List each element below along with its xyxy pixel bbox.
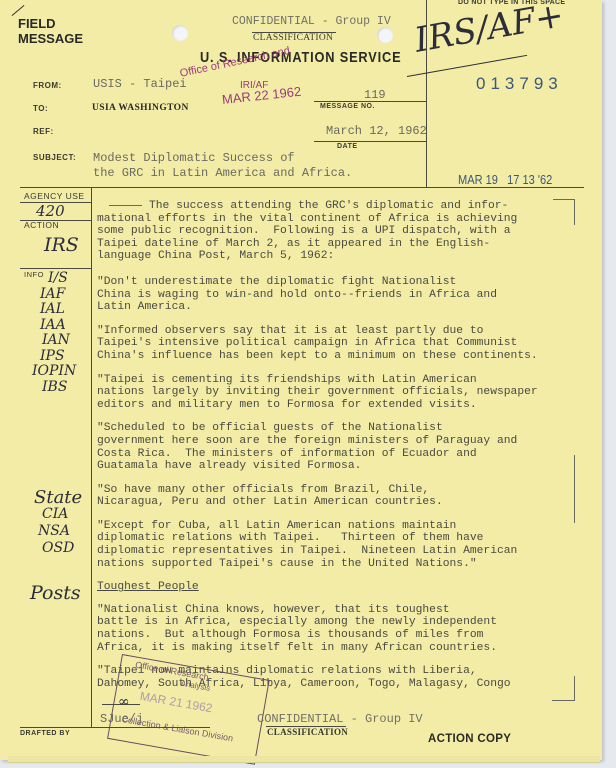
info-routing-list: I/S IAF IAL IAA IAN IPS IOPIN IBS xyxy=(14,271,76,395)
drafted-by-value: SJue/j xyxy=(100,712,143,726)
header-divider xyxy=(20,187,584,188)
received-timestamp: MAR 19 17 13 '62 xyxy=(458,172,552,187)
body-paragraph: "So have many other officials from Brazi… xyxy=(97,484,577,509)
body-paragraph: The success attending the GRC's diplomat… xyxy=(97,200,577,263)
sidebar-divider xyxy=(91,187,92,727)
distribution-item: CIA xyxy=(42,506,82,523)
info-rule xyxy=(20,268,91,269)
distribution-list: State CIA NSA OSD xyxy=(38,489,82,557)
date-label: DATE xyxy=(337,143,358,150)
top-classification: CONFIDENTIAL - Group IV xyxy=(232,15,391,28)
action-copy-label: ACTION COPY xyxy=(428,733,511,745)
info-item: IOPIN xyxy=(14,364,76,380)
bottom-classification: CONFIDENTIAL - Group IV xyxy=(257,712,423,726)
paper-edge xyxy=(8,756,600,763)
distribution-item: State xyxy=(34,489,82,506)
field-message-document: FIELD MESSAGE CONFIDENTIAL - Group IV CL… xyxy=(0,0,602,760)
agency-use-value: 420 xyxy=(36,202,65,220)
subject-line-2: the GRC in Latin America and Africa. xyxy=(93,166,352,180)
distribution-item: OSD xyxy=(42,540,82,557)
body-paragraph: "Don't underestimate the diplomatic figh… xyxy=(97,276,577,314)
info-item: IPS xyxy=(14,349,76,365)
info-item: I/S xyxy=(14,271,76,287)
to-label: TO: xyxy=(33,104,48,113)
drafted-by-rule xyxy=(20,727,210,728)
message-number: 119 xyxy=(364,88,386,102)
subject-line-1: Modest Diplomatic Success of xyxy=(93,151,295,165)
form-title: FIELD MESSAGE xyxy=(18,16,83,46)
date-value: March 12, 1962 xyxy=(326,124,427,138)
info-item: IAN xyxy=(14,333,76,349)
body-paragraph: "Informed observers say that it is at le… xyxy=(97,325,577,363)
from-label: FROM: xyxy=(33,81,62,90)
date-rule xyxy=(314,141,426,142)
info-item: IAF xyxy=(14,287,76,303)
punch-hole-left xyxy=(172,25,188,41)
action-label: ACTION xyxy=(24,220,59,230)
office-research-date: MAR 22 1962 xyxy=(221,84,302,107)
body-paragraph: "Taipei is cementing its friendships wit… xyxy=(97,374,577,412)
body-paragraph: "Scheduled to be official guests of the … xyxy=(97,422,577,472)
drafted-by-label: DRAFTED BY xyxy=(20,730,70,737)
control-number: 013793 xyxy=(476,74,563,94)
from-value: USIS - Taipei xyxy=(93,77,187,91)
message-body: The success attending the GRC's diplomat… xyxy=(97,200,577,701)
message-no-label: MESSAGE NO. xyxy=(320,103,375,110)
distribution-item: NSA xyxy=(38,523,82,540)
top-classification-label: CLASSIFICATION xyxy=(253,33,333,43)
handwritten-routing: IRS/AF+ xyxy=(412,0,567,61)
do-not-type-box-lower xyxy=(426,100,427,188)
subject-label: SUBJECT: xyxy=(33,153,76,162)
posts-note: Posts xyxy=(30,582,81,604)
drafter-initials-mark: ∞ xyxy=(118,694,130,710)
pencil-mark xyxy=(12,5,25,16)
body-paragraph: "Except for Cuba, all Latin American nat… xyxy=(97,520,577,570)
section-heading: Toughest People xyxy=(97,581,577,594)
info-item: IAL xyxy=(14,302,76,318)
bottom-classification-label: CLASSIFICATION xyxy=(267,727,348,737)
punch-hole-right xyxy=(377,27,393,43)
info-item: IBS xyxy=(14,380,76,396)
ref-label: REF: xyxy=(33,127,54,136)
body-paragraph: "Nationalist China knows, however, that … xyxy=(97,604,577,654)
info-item: IAA xyxy=(14,318,76,334)
to-value: USIA WASHINGTON xyxy=(92,103,189,113)
message-no-rule xyxy=(314,101,426,102)
action-value: IRS xyxy=(44,234,79,256)
agency-use-label: AGENCY USE xyxy=(24,191,85,201)
